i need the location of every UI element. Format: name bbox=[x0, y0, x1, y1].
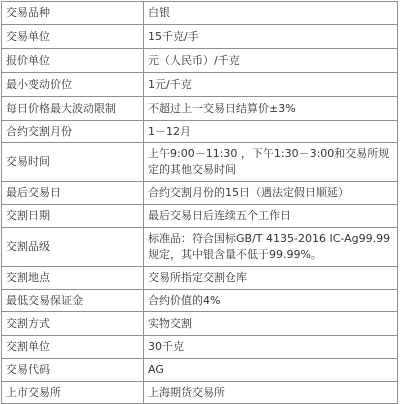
row-value: 合约交割月份的15日（遇法定假日顺延） bbox=[144, 182, 398, 205]
row-value: AG bbox=[144, 359, 398, 382]
table-row-last-trading-day: 最后交易日 合约交割月份的15日（遇法定假日顺延） bbox=[2, 182, 398, 205]
row-value: 15千克/手 bbox=[144, 25, 398, 49]
row-value: 合约价值的4% bbox=[144, 290, 398, 312]
table-row-trading-hours: 交易时间 上午9:00－11:30 ，下午1:30－3:00和交易所规定的其他交… bbox=[2, 143, 398, 182]
row-label: 交割单位 bbox=[2, 336, 144, 359]
table-row-quote-unit: 报价单位 元（人民币）/千克 bbox=[2, 49, 398, 73]
row-label: 交割方式 bbox=[2, 312, 144, 336]
row-label: 交割品级 bbox=[2, 228, 144, 267]
row-value: 不超过上一交易日结算价±3% bbox=[144, 97, 398, 121]
row-label: 最后交易日 bbox=[2, 182, 144, 205]
row-label: 上市交易所 bbox=[2, 382, 144, 391]
row-label: 交易时间 bbox=[2, 143, 144, 182]
table-row-min-tick: 最小变动价位 1元/千克 bbox=[2, 73, 398, 97]
table-row-min-margin: 最低交易保证金 合约价值的4% bbox=[2, 290, 398, 312]
table-row-trading-code: 交易代码 AG bbox=[2, 359, 398, 382]
row-label: 最小变动价位 bbox=[2, 73, 144, 97]
row-value: 实物交割 bbox=[144, 312, 398, 336]
row-value: 交易所指定交割仓库 bbox=[144, 267, 398, 290]
row-label: 每日价格最大波动限制 bbox=[2, 97, 144, 121]
row-label: 交割日期 bbox=[2, 205, 144, 228]
table-row-exchange: 上市交易所 上海期货交易所 bbox=[2, 382, 398, 391]
row-label: 合约交割月份 bbox=[2, 121, 144, 143]
table-row-delivery-date: 交割日期 最后交易日后连续五个工作日 bbox=[2, 205, 398, 228]
row-label: 交易单位 bbox=[2, 25, 144, 49]
table-row-trading-unit: 交易单位 15千克/手 bbox=[2, 25, 398, 49]
row-value: 30千克 bbox=[144, 336, 398, 359]
table-row-delivery-months: 合约交割月份 1－12月 bbox=[2, 121, 398, 143]
table-row-daily-limit: 每日价格最大波动限制 不超过上一交易日结算价±3% bbox=[2, 97, 398, 121]
contract-spec-table: 交易品种 白银 交易单位 15千克/手 报价单位 元（人民币）/千克 最小变动价… bbox=[1, 1, 398, 390]
row-label: 最低交易保证金 bbox=[2, 290, 144, 312]
row-value: 1－12月 bbox=[144, 121, 398, 143]
row-label: 报价单位 bbox=[2, 49, 144, 73]
row-value: 标准品：符合国标GB/T 4135-2016 IC-Ag99.99规定，其中银含… bbox=[144, 228, 398, 267]
row-label: 交割地点 bbox=[2, 267, 144, 290]
table-row-delivery-location: 交割地点 交易所指定交割仓库 bbox=[2, 267, 398, 290]
table-row-delivery-unit: 交割单位 30千克 bbox=[2, 336, 398, 359]
row-value: 上午9:00－11:30 ，下午1:30－3:00和交易所规定的其他交易时间 bbox=[144, 143, 398, 182]
row-value: 最后交易日后连续五个工作日 bbox=[144, 205, 398, 228]
row-label: 交易品种 bbox=[2, 2, 144, 25]
table-row-trading-variety: 交易品种 白银 bbox=[2, 2, 398, 25]
row-value: 白银 bbox=[144, 2, 398, 25]
row-value: 元（人民币）/千克 bbox=[144, 49, 398, 73]
row-value: 1元/千克 bbox=[144, 73, 398, 97]
table-row-delivery-grade: 交割品级 标准品：符合国标GB/T 4135-2016 IC-Ag99.99规定… bbox=[2, 228, 398, 267]
table-row-delivery-method: 交割方式 实物交割 bbox=[2, 312, 398, 336]
row-label: 交易代码 bbox=[2, 359, 144, 382]
row-value: 上海期货交易所 bbox=[144, 382, 398, 391]
